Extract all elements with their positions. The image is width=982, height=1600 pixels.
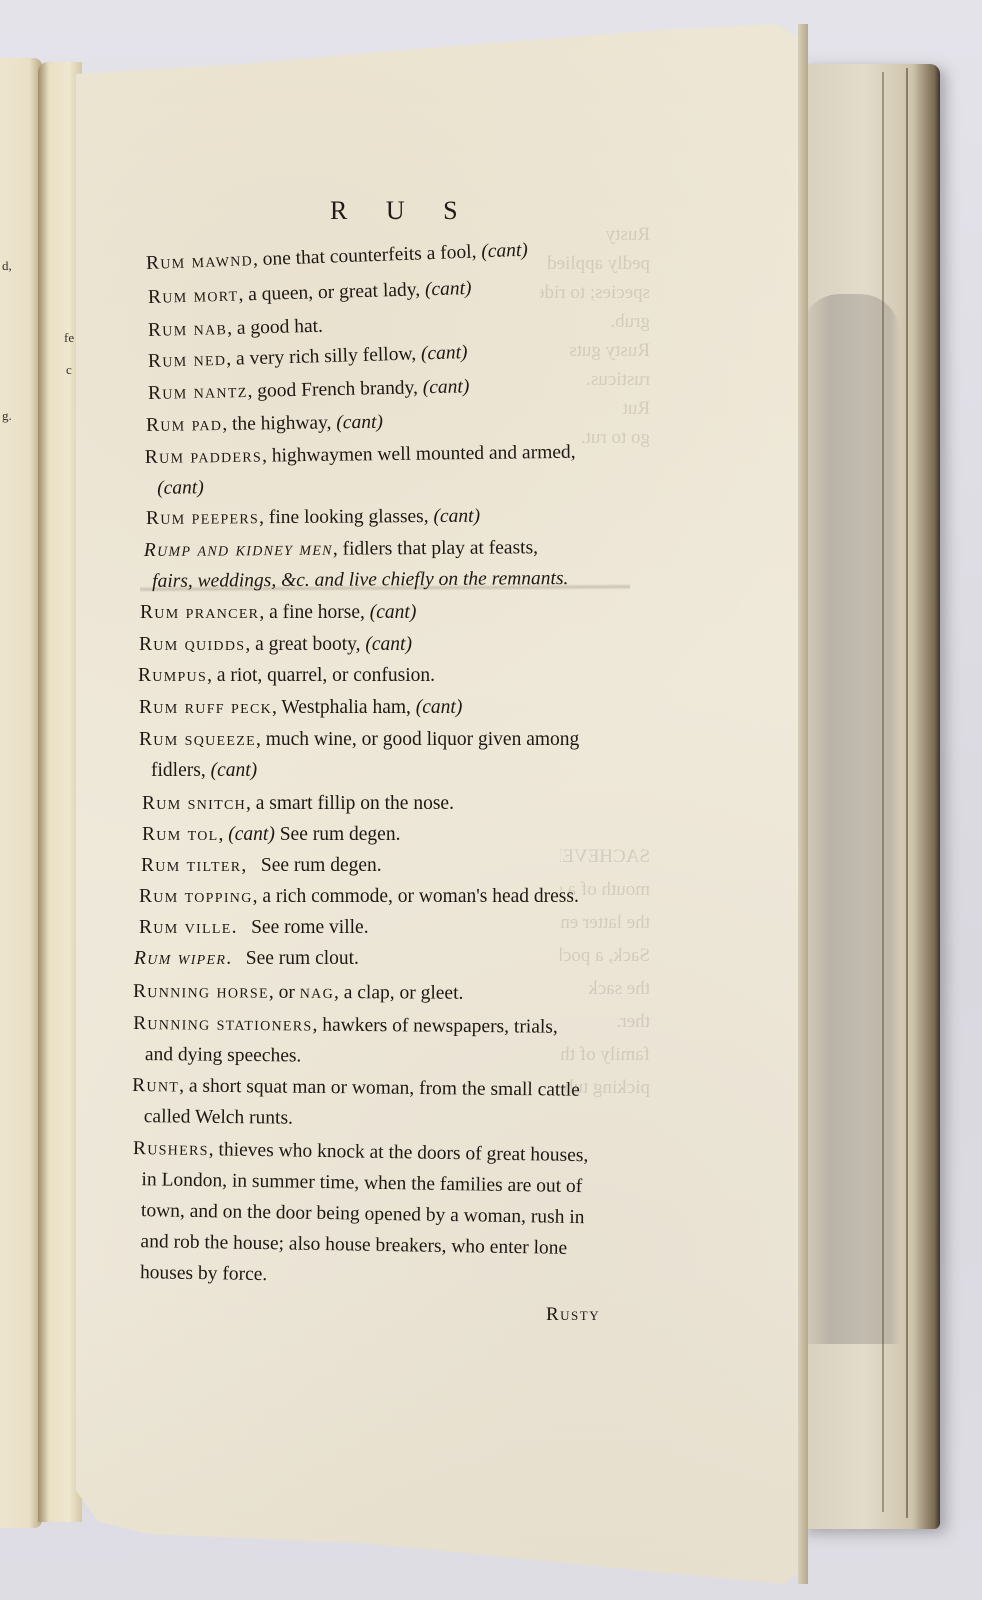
dictionary-entry: Rum squeeze, much wine, or good liquor g… (139, 724, 579, 786)
dictionary-entry: Rumpus, a riot, quarrel, or confusion. (138, 660, 435, 691)
usage-tag: (cant) (421, 342, 468, 364)
dictionary-entry: Rum ville. See rome ville. (139, 912, 369, 943)
definition: , Westphalia ham, (272, 697, 416, 718)
headword: Running stationers (133, 1013, 313, 1036)
definition-continuation: and dying speeches. (133, 1039, 558, 1074)
dictionary-entry: Rum tilter, See rum degen. (141, 850, 382, 881)
headword: Running horse (133, 981, 269, 1003)
dictionary-entry: Rum wiper. See rum clout. (134, 943, 359, 974)
definition: , highwaymen well mounted and armed, (262, 442, 576, 467)
definition: , or (269, 982, 300, 1003)
dictionary-entry: Running horse, or nag, a clap, or gleet. (133, 976, 464, 1009)
headword: Rum ville (139, 917, 232, 938)
headword: Rum pad (146, 414, 223, 436)
dictionary-entry: Rum padders, highwaymen well mounted and… (145, 437, 577, 504)
usage-tag: (cant) (416, 697, 463, 718)
headword: Rum ruff peck (139, 697, 272, 718)
headword: Rum padders (145, 446, 262, 468)
dictionary-entry: Rum ruff peck, Westphalia ham, (cant) (139, 692, 462, 723)
definition-continuation: fairs, weddings, &c. and live chiefly on… (144, 563, 569, 597)
dictionary-entry: Rump and kidney men, fidlers that play a… (144, 532, 569, 597)
dictionary-entry: Rum topping, a rich commode, or woman's … (139, 881, 579, 912)
definition-continuation: called Welch runts. (132, 1101, 580, 1137)
headword: Rum tol (142, 824, 219, 845)
definition: , much wine, or good liquor given among (256, 729, 579, 750)
definition: , (219, 824, 229, 845)
dictionary-entry: Rum peepers, fine looking glasses, (cant… (146, 501, 480, 534)
headword: Rushers (133, 1138, 209, 1160)
definition: , fidlers that play at feasts, (333, 537, 538, 559)
dictionary-entry: Rum mort, a queen, or great lady, (cant) (148, 273, 472, 313)
headword: Rumpus (138, 665, 207, 686)
cross-reference: See rum degen. (275, 824, 401, 845)
definition: , a great booty, (245, 634, 365, 655)
definition: , thieves who knock at the doors of grea… (209, 1139, 589, 1166)
dictionary-entry: Rum tol, (cant) See rum degen. (142, 819, 400, 850)
catchword: Rusty (546, 1304, 600, 1326)
headword: Rum mawnd (146, 249, 254, 274)
usage-tag: (cant) (370, 602, 417, 623)
headword: Rum squeeze (139, 729, 256, 750)
headword: Rum tilter (141, 855, 241, 876)
definition: , a good hat. (227, 316, 323, 339)
headword: Rum mort (148, 284, 239, 308)
headword: Rum topping (139, 886, 253, 907)
definition: , a fine horse, (259, 602, 369, 623)
headword: Rum nantz (148, 381, 248, 404)
usage-tag: (cant) (433, 506, 480, 527)
dictionary-entry: Running stationers, hawkers of newspaper… (133, 1008, 558, 1074)
usage-tag: (cant) (425, 278, 472, 300)
headword: Rum ned (148, 349, 227, 372)
dictionary-entry: Rushers, thieves who knock at the doors … (131, 1133, 589, 1295)
headword-variant: nag (300, 982, 334, 1003)
headword: Rum peepers (146, 507, 259, 529)
definition-continuation: (cant) (145, 468, 576, 504)
definition: , good French brandy, (247, 377, 423, 402)
headword: Rum quidds (139, 634, 245, 655)
dictionary-entry: Rum nantz, good French brandy, (cant) (148, 371, 470, 409)
definition: , a short squat man or woman, from the s… (179, 1075, 580, 1100)
usage-tag: (cant) (228, 824, 275, 845)
definition: , a very rich silly fellow, (226, 343, 421, 369)
usage-tag: (cant) (365, 634, 412, 655)
definition: , a smart fillip on the nose. (246, 793, 454, 814)
definition: , fine looking glasses, (259, 506, 434, 528)
definition: , one that counterfeits a fool, (253, 241, 482, 270)
definition: . See rome ville. (232, 917, 369, 938)
usage-tag: (cant) (423, 376, 470, 398)
definition: , hawkers of newspapers, trials, (312, 1015, 557, 1038)
headword: Rum wiper (134, 948, 226, 969)
dictionary-entries: Rum mawnd, one that counterfeits a fool,… (0, 0, 982, 1600)
headword: Rum snitch (142, 793, 246, 814)
definition: , a clap, or gleet. (334, 982, 464, 1004)
definition: , a queen, or great lady, (238, 279, 425, 305)
definition: , a riot, quarrel, or confusion. (207, 665, 435, 686)
dictionary-entry: Rum snitch, a smart fillip on the nose. (142, 788, 454, 819)
dictionary-entry: Runt, a short squat man or woman, from t… (132, 1070, 580, 1137)
usage-tag: (cant) (336, 412, 383, 434)
usage-tag: (cant) (481, 240, 528, 263)
dictionary-entry: Rum pad, the highway, (cant) (146, 407, 383, 441)
definition-continuation: fidlers, (cant) (139, 755, 579, 786)
definition: , a rich commode, or woman's head dress. (253, 886, 579, 907)
headword: Rum prancer (140, 602, 259, 623)
dictionary-entry: Rum quidds, a great booty, (cant) (139, 629, 412, 660)
definition: , the highway, (222, 412, 336, 435)
dictionary-entry: Rum prancer, a fine horse, (cant) (140, 597, 416, 628)
definition: . See rum clout. (226, 948, 359, 969)
definition: , See rum degen. (241, 855, 381, 876)
headword: Runt (132, 1075, 179, 1096)
headword: Rump and kidney men (144, 539, 333, 561)
dictionary-entry: Rum nab, a good hat. (148, 311, 324, 346)
headword: Rum nab (148, 318, 228, 341)
